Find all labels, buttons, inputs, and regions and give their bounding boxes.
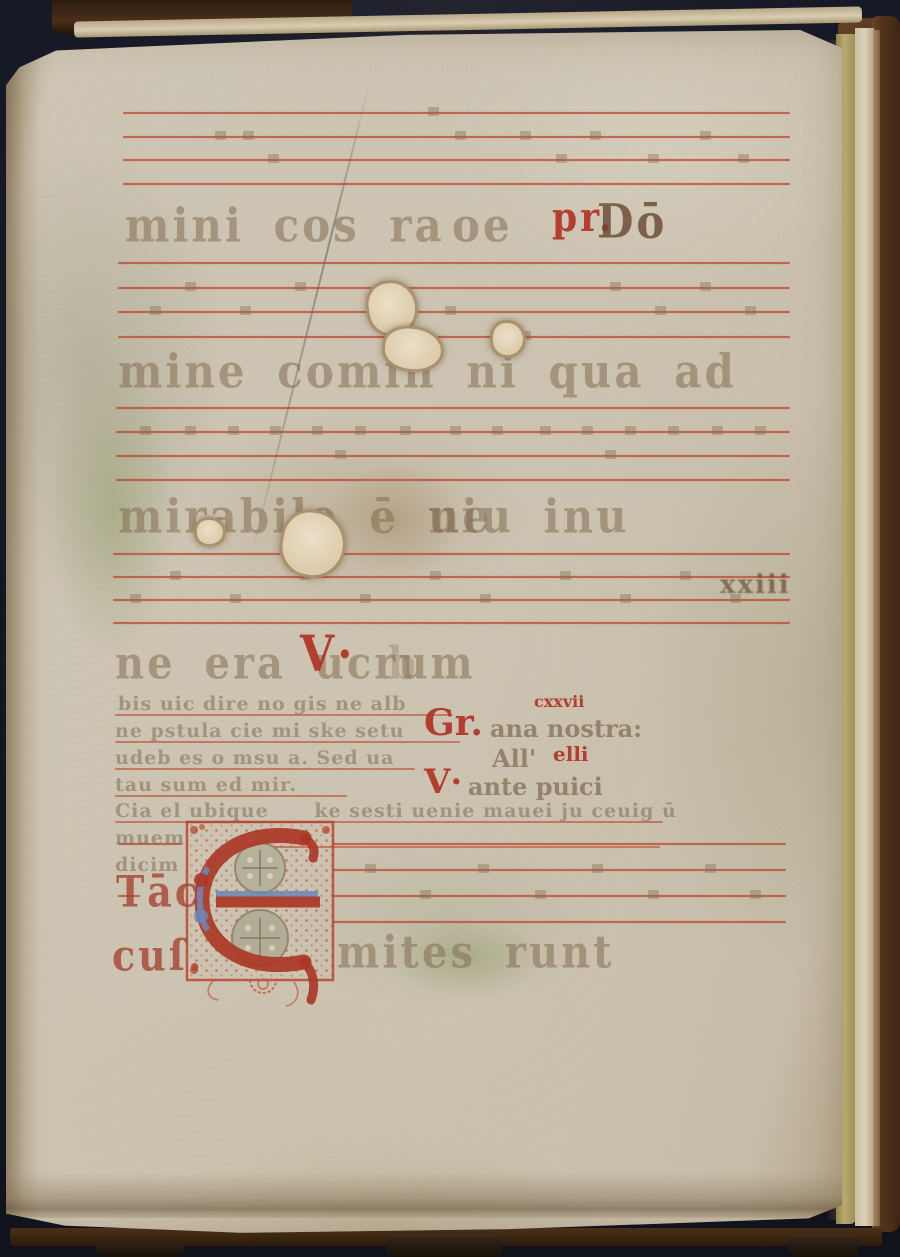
staff-3-line bbox=[116, 455, 790, 457]
staff-4-line bbox=[113, 622, 790, 624]
neume-mark bbox=[680, 571, 691, 580]
ruling-line bbox=[115, 795, 347, 797]
rubric-text: Gr. bbox=[424, 702, 483, 744]
ruling-line bbox=[115, 714, 453, 716]
neume-mark bbox=[705, 864, 716, 873]
staff-5-line bbox=[333, 921, 786, 923]
neume-mark bbox=[750, 890, 761, 899]
neume-mark bbox=[582, 426, 593, 435]
neume-mark bbox=[295, 282, 306, 291]
neume-mark bbox=[592, 864, 603, 873]
neume-mark bbox=[215, 131, 226, 140]
fore-edge-strip-tan bbox=[873, 30, 880, 1226]
neume-mark bbox=[185, 426, 196, 435]
staff-2-line bbox=[118, 262, 790, 264]
neume-mark bbox=[312, 426, 323, 435]
small-text-line: tau sum ed mir. bbox=[115, 774, 297, 796]
chant-text: Dō bbox=[597, 194, 667, 249]
rubric-text: ante puici bbox=[468, 772, 603, 801]
neume-mark bbox=[556, 154, 567, 163]
neume-mark bbox=[620, 594, 631, 603]
small-text-line: bis uic dire no gis ne alb bbox=[118, 693, 407, 715]
neume-mark bbox=[140, 426, 151, 435]
ruling-line bbox=[115, 741, 460, 743]
neume-mark bbox=[745, 306, 756, 315]
neume-mark bbox=[130, 594, 141, 603]
page-content: mini cos raoepr.Dōmine comin ni qua admi… bbox=[6, 30, 842, 1234]
staff-1-line bbox=[123, 159, 790, 161]
staff-3-line bbox=[116, 407, 790, 409]
staff-5-line bbox=[333, 869, 786, 871]
chant-text: uiu inu bbox=[428, 489, 630, 544]
chant-text: b bbox=[388, 637, 419, 690]
staff-5-line bbox=[333, 895, 786, 897]
neume-mark bbox=[355, 426, 366, 435]
neume-mark bbox=[590, 131, 601, 140]
neume-mark bbox=[738, 154, 749, 163]
neume-mark bbox=[360, 594, 371, 603]
neume-mark bbox=[240, 306, 251, 315]
manuscript-photo: { "scene": { "background_color": "#14162… bbox=[0, 0, 900, 1257]
neume-mark bbox=[170, 571, 181, 580]
neume-mark bbox=[560, 571, 571, 580]
neume-mark bbox=[430, 571, 441, 580]
staff-4-line bbox=[113, 553, 790, 555]
neume-mark bbox=[610, 282, 621, 291]
staff-3-line bbox=[116, 479, 790, 481]
neume-mark bbox=[755, 426, 766, 435]
folio-number: xxiii bbox=[720, 570, 791, 600]
neume-mark bbox=[625, 426, 636, 435]
neume-mark bbox=[268, 154, 279, 163]
neume-mark bbox=[228, 426, 239, 435]
neume-mark bbox=[648, 154, 659, 163]
parchment-hole bbox=[490, 320, 526, 358]
chant-text: V· bbox=[300, 626, 355, 683]
stand-foot bbox=[788, 1238, 858, 1257]
neume-mark bbox=[700, 282, 711, 291]
stand-foot bbox=[386, 1238, 502, 1257]
chant-text: ne era ucrum bbox=[115, 637, 476, 690]
stand-foot bbox=[96, 1243, 184, 1257]
chant-text: mini cos ra bbox=[125, 198, 445, 253]
staff-4-line bbox=[113, 599, 790, 601]
neume-mark bbox=[492, 426, 503, 435]
neume-mark bbox=[365, 864, 376, 873]
neume-mark bbox=[455, 131, 466, 140]
initial-artwork bbox=[184, 818, 336, 1010]
neume-mark bbox=[270, 426, 281, 435]
staff-2-line bbox=[118, 336, 790, 338]
staff-2-line bbox=[118, 287, 790, 289]
neume-mark bbox=[185, 282, 196, 291]
neume-mark bbox=[150, 306, 161, 315]
neume-mark bbox=[335, 450, 346, 459]
parchment-hole bbox=[194, 517, 226, 547]
ruling-line bbox=[115, 768, 415, 770]
neume-mark bbox=[712, 426, 723, 435]
staff-5-line bbox=[333, 843, 786, 845]
staff-1-line bbox=[123, 183, 790, 185]
neume-mark bbox=[535, 890, 546, 899]
neume-mark bbox=[480, 594, 491, 603]
neume-mark bbox=[400, 426, 411, 435]
small-text-line: muem bbox=[115, 827, 185, 849]
rubric-text: ana nostra: bbox=[490, 714, 642, 743]
neume-mark bbox=[243, 131, 254, 140]
neume-mark bbox=[445, 306, 456, 315]
neume-mark bbox=[668, 426, 679, 435]
rubric-text: elli bbox=[553, 742, 589, 766]
neume-mark bbox=[428, 107, 439, 116]
neume-mark bbox=[478, 864, 489, 873]
neume-mark bbox=[420, 890, 431, 899]
small-text-line: udeb es o msu a. Sed ua bbox=[115, 747, 394, 769]
small-text-line: ne pstula cie mi ske setu bbox=[115, 720, 405, 742]
neume-mark bbox=[540, 426, 551, 435]
small-text-line: dicim bbox=[115, 854, 179, 876]
neume-mark bbox=[655, 306, 666, 315]
fore-edge-strip-cream bbox=[855, 28, 874, 1226]
rubric-text: V· bbox=[424, 762, 462, 802]
neume-mark bbox=[450, 426, 461, 435]
neume-mark bbox=[605, 450, 616, 459]
neume-mark bbox=[700, 131, 711, 140]
staff-1-line bbox=[123, 112, 790, 114]
chant-text: mites runt bbox=[337, 926, 615, 979]
neume-mark bbox=[230, 594, 241, 603]
rubric-text: All' bbox=[492, 744, 536, 773]
decorated-initial-E bbox=[184, 818, 336, 1010]
chant-text: oe bbox=[452, 198, 513, 253]
rubric-text: cxxvii bbox=[534, 692, 584, 711]
parchment-page: mini cos raoepr.Dōmine comin ni qua admi… bbox=[6, 30, 842, 1234]
neume-mark bbox=[520, 131, 531, 140]
neume-mark bbox=[648, 890, 659, 899]
